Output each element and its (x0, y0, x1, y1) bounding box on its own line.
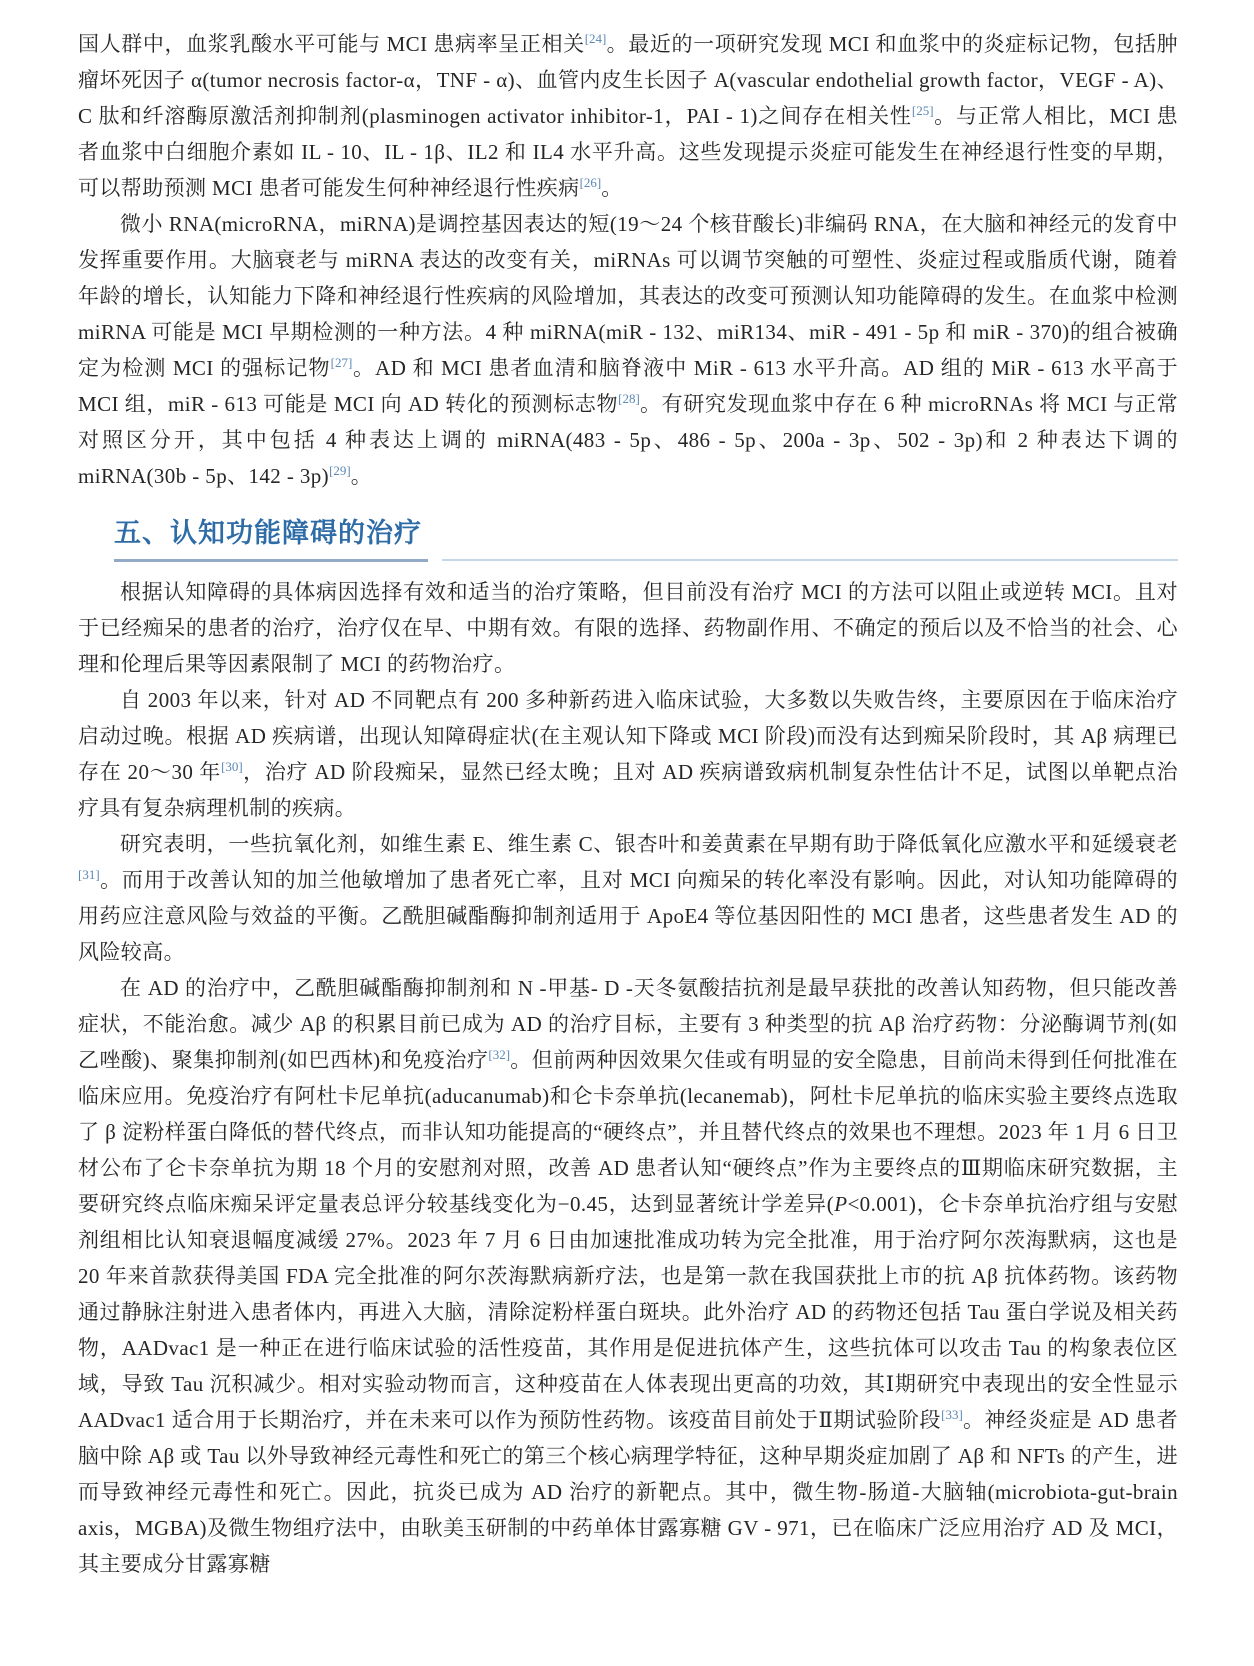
text-run: <0.001)，仑卡奈单抗治疗组与安慰剂组相比认知衰退幅度减缓 27%。2023… (78, 1192, 1178, 1432)
text-run: 研究表明，一些抗氧化剂，如维生素 E、维生素 C、银杏叶和姜黄素在早期有助于降低… (120, 832, 1178, 856)
citation-ref: [25] (912, 103, 934, 118)
text-run: 。 (351, 464, 372, 488)
text-run: 。但前两种因效果欠佳或有明显的安全隐患，目前尚未得到任何批准在临床应用。免疫治疗… (78, 1048, 1178, 1216)
paragraph: 国人群中，血浆乳酸水平可能与 MCI 患病率呈正相关[24]。最近的一项研究发现… (78, 26, 1178, 206)
citation-ref: [28] (618, 391, 640, 406)
paragraph: 研究表明，一些抗氧化剂，如维生素 E、维生素 C、银杏叶和姜黄素在早期有助于降低… (78, 826, 1178, 970)
text-run: 根据认知障碍的具体病因选择有效和适当的治疗策略，但目前没有治疗 MCI 的方法可… (78, 580, 1178, 676)
text-run: 。而用于改善认知的加兰他敏增加了患者死亡率，且对 MCI 向痴呆的转化率没有影响… (78, 868, 1178, 964)
citation-ref: [31] (78, 867, 100, 882)
paragraph: 根据认知障碍的具体病因选择有效和适当的治疗策略，但目前没有治疗 MCI 的方法可… (78, 574, 1178, 682)
citation-ref: [33] (941, 1407, 963, 1422)
citation-ref: [29] (329, 463, 351, 478)
text-run: 。 (601, 176, 622, 200)
citation-ref: [30] (221, 759, 243, 774)
document-page: 国人群中，血浆乳酸水平可能与 MCI 患病率呈正相关[24]。最近的一项研究发现… (0, 0, 1254, 1666)
section-heading: 五、认知功能障碍的治疗 (78, 510, 1178, 562)
section-heading-rule (442, 559, 1178, 561)
document-content: 国人群中，血浆乳酸水平可能与 MCI 患病率呈正相关[24]。最近的一项研究发现… (78, 26, 1178, 1582)
text-run: 国人群中，血浆乳酸水平可能与 MCI 患病率呈正相关 (78, 32, 585, 56)
paragraph: 微小 RNA(microRNA，miRNA)是调控基因表达的短(19～24 个核… (78, 206, 1178, 494)
italic-variable: P (834, 1192, 847, 1216)
paragraph: 自 2003 年以来，针对 AD 不同靶点有 200 多种新药进入临床试验，大多… (78, 682, 1178, 826)
citation-ref: [26] (580, 175, 602, 190)
section-heading-text: 五、认知功能障碍的治疗 (114, 511, 428, 562)
text-run: 微小 RNA(microRNA，miRNA)是调控基因表达的短(19～24 个核… (78, 212, 1178, 380)
paragraph: 在 AD 的治疗中，乙酰胆碱酯酶抑制剂和 N -甲基- D -天冬氨酸拮抗剂是最… (78, 970, 1178, 1582)
citation-ref: [24] (585, 31, 607, 46)
text-run: ，治疗 AD 阶段痴呆，显然已经太晚；且对 AD 疾病谱致病机制复杂性估计不足，… (78, 760, 1178, 820)
citation-ref: [27] (331, 355, 353, 370)
citation-ref: [32] (488, 1047, 510, 1062)
text-run: 。神经炎症是 AD 患者脑中除 Aβ 或 Tau 以外导致神经元毒性和死亡的第三… (78, 1408, 1178, 1576)
